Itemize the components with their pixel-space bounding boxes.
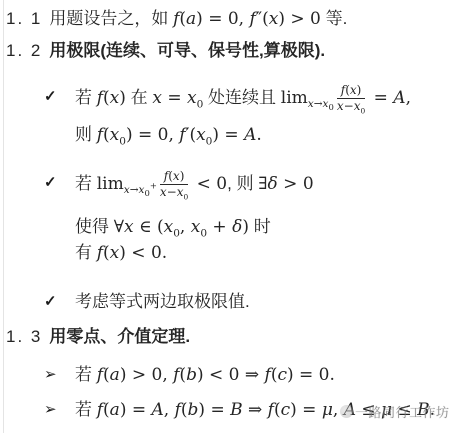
bullet-line: 若 f(x) 在 x = x0 处连续且 limx→x0f(x)x−x0 = A… [75,84,411,114]
document-page: 1. 1用题设告之，如 f(a) = 0, f″(x) > 0 等. 1. 2用… [0,0,461,433]
check-icon: ✓ [44,289,75,315]
check-bullet-sign-preservation: ✓ 若 limx→x0+f(x)x−x0 < 0, 则 ∃δ > 0 使得 ∀x… [44,170,457,266]
section-1-2: 1. 2用极限(连续、可导、保号性,算极限). [6,39,457,63]
bullet-line: 考虑等式两边取极限值. [75,289,250,315]
section-1-3: 1. 3用零点、介值定理. [6,325,457,349]
arrow-bullet-zero-theorem: ➢ 若 f(a) > 0, f(b) < 0 ⇒ f(c) = 0. [44,362,457,388]
bullet-line: 若 limx→x0+f(x)x−x0 < 0, 则 ∃δ > 0 [75,170,314,200]
bullet-content: 若 f(x) 在 x = x0 处连续且 limx→x0f(x)x−x0 = A… [75,84,411,148]
section-number: 1. 1 [6,9,42,28]
section-text: 用极限(连续、可导、保号性,算极限). [49,41,325,60]
bullet-line: 有 f(x) < 0. [75,240,314,266]
bullet-line: 若 f(a) > 0, f(b) < 0 ⇒ f(c) = 0. [75,362,335,388]
section-number: 1. 3 [6,327,42,346]
bullet-line: 使得 ∀x ∈ (x0, x0 + δ) 时 [75,214,314,240]
bullet-content: 若 f(a) > 0, f(b) < 0 ⇒ f(c) = 0. [75,362,335,388]
watermark-logo-icon [340,405,353,418]
left-border-line [3,0,4,433]
bullet-content: 若 limx→x0+f(x)x−x0 < 0, 则 ∃δ > 0 使得 ∀x ∈… [75,170,314,266]
bullet-line: 则 f(x0) = 0, f′(x0) = A. [75,122,411,148]
section-1-1: 1. 1用题设告之，如 f(a) = 0, f″(x) > 0 等. [6,7,457,31]
check-bullet-take-limits: ✓ 考虑等式两边取极限值. [44,289,457,315]
check-icon: ✓ [44,170,75,196]
arrow-bullet-icon: ➢ [44,362,75,388]
watermark-text: 一路同行工作坊 [355,402,450,421]
section-number: 1. 2 [6,41,42,60]
watermark: 一路同行工作坊 [340,402,450,421]
check-icon: ✓ [44,84,75,110]
bullet-content: 考虑等式两边取极限值. [75,289,250,315]
section-text: 用题设告之，如 f(a) = 0, f″(x) > 0 等. [49,9,347,28]
arrow-bullet-icon: ➢ [44,397,75,423]
check-bullet-continuity: ✓ 若 f(x) 在 x = x0 处连续且 limx→x0f(x)x−x0 =… [44,84,457,148]
section-text: 用零点、介值定理. [49,327,190,346]
